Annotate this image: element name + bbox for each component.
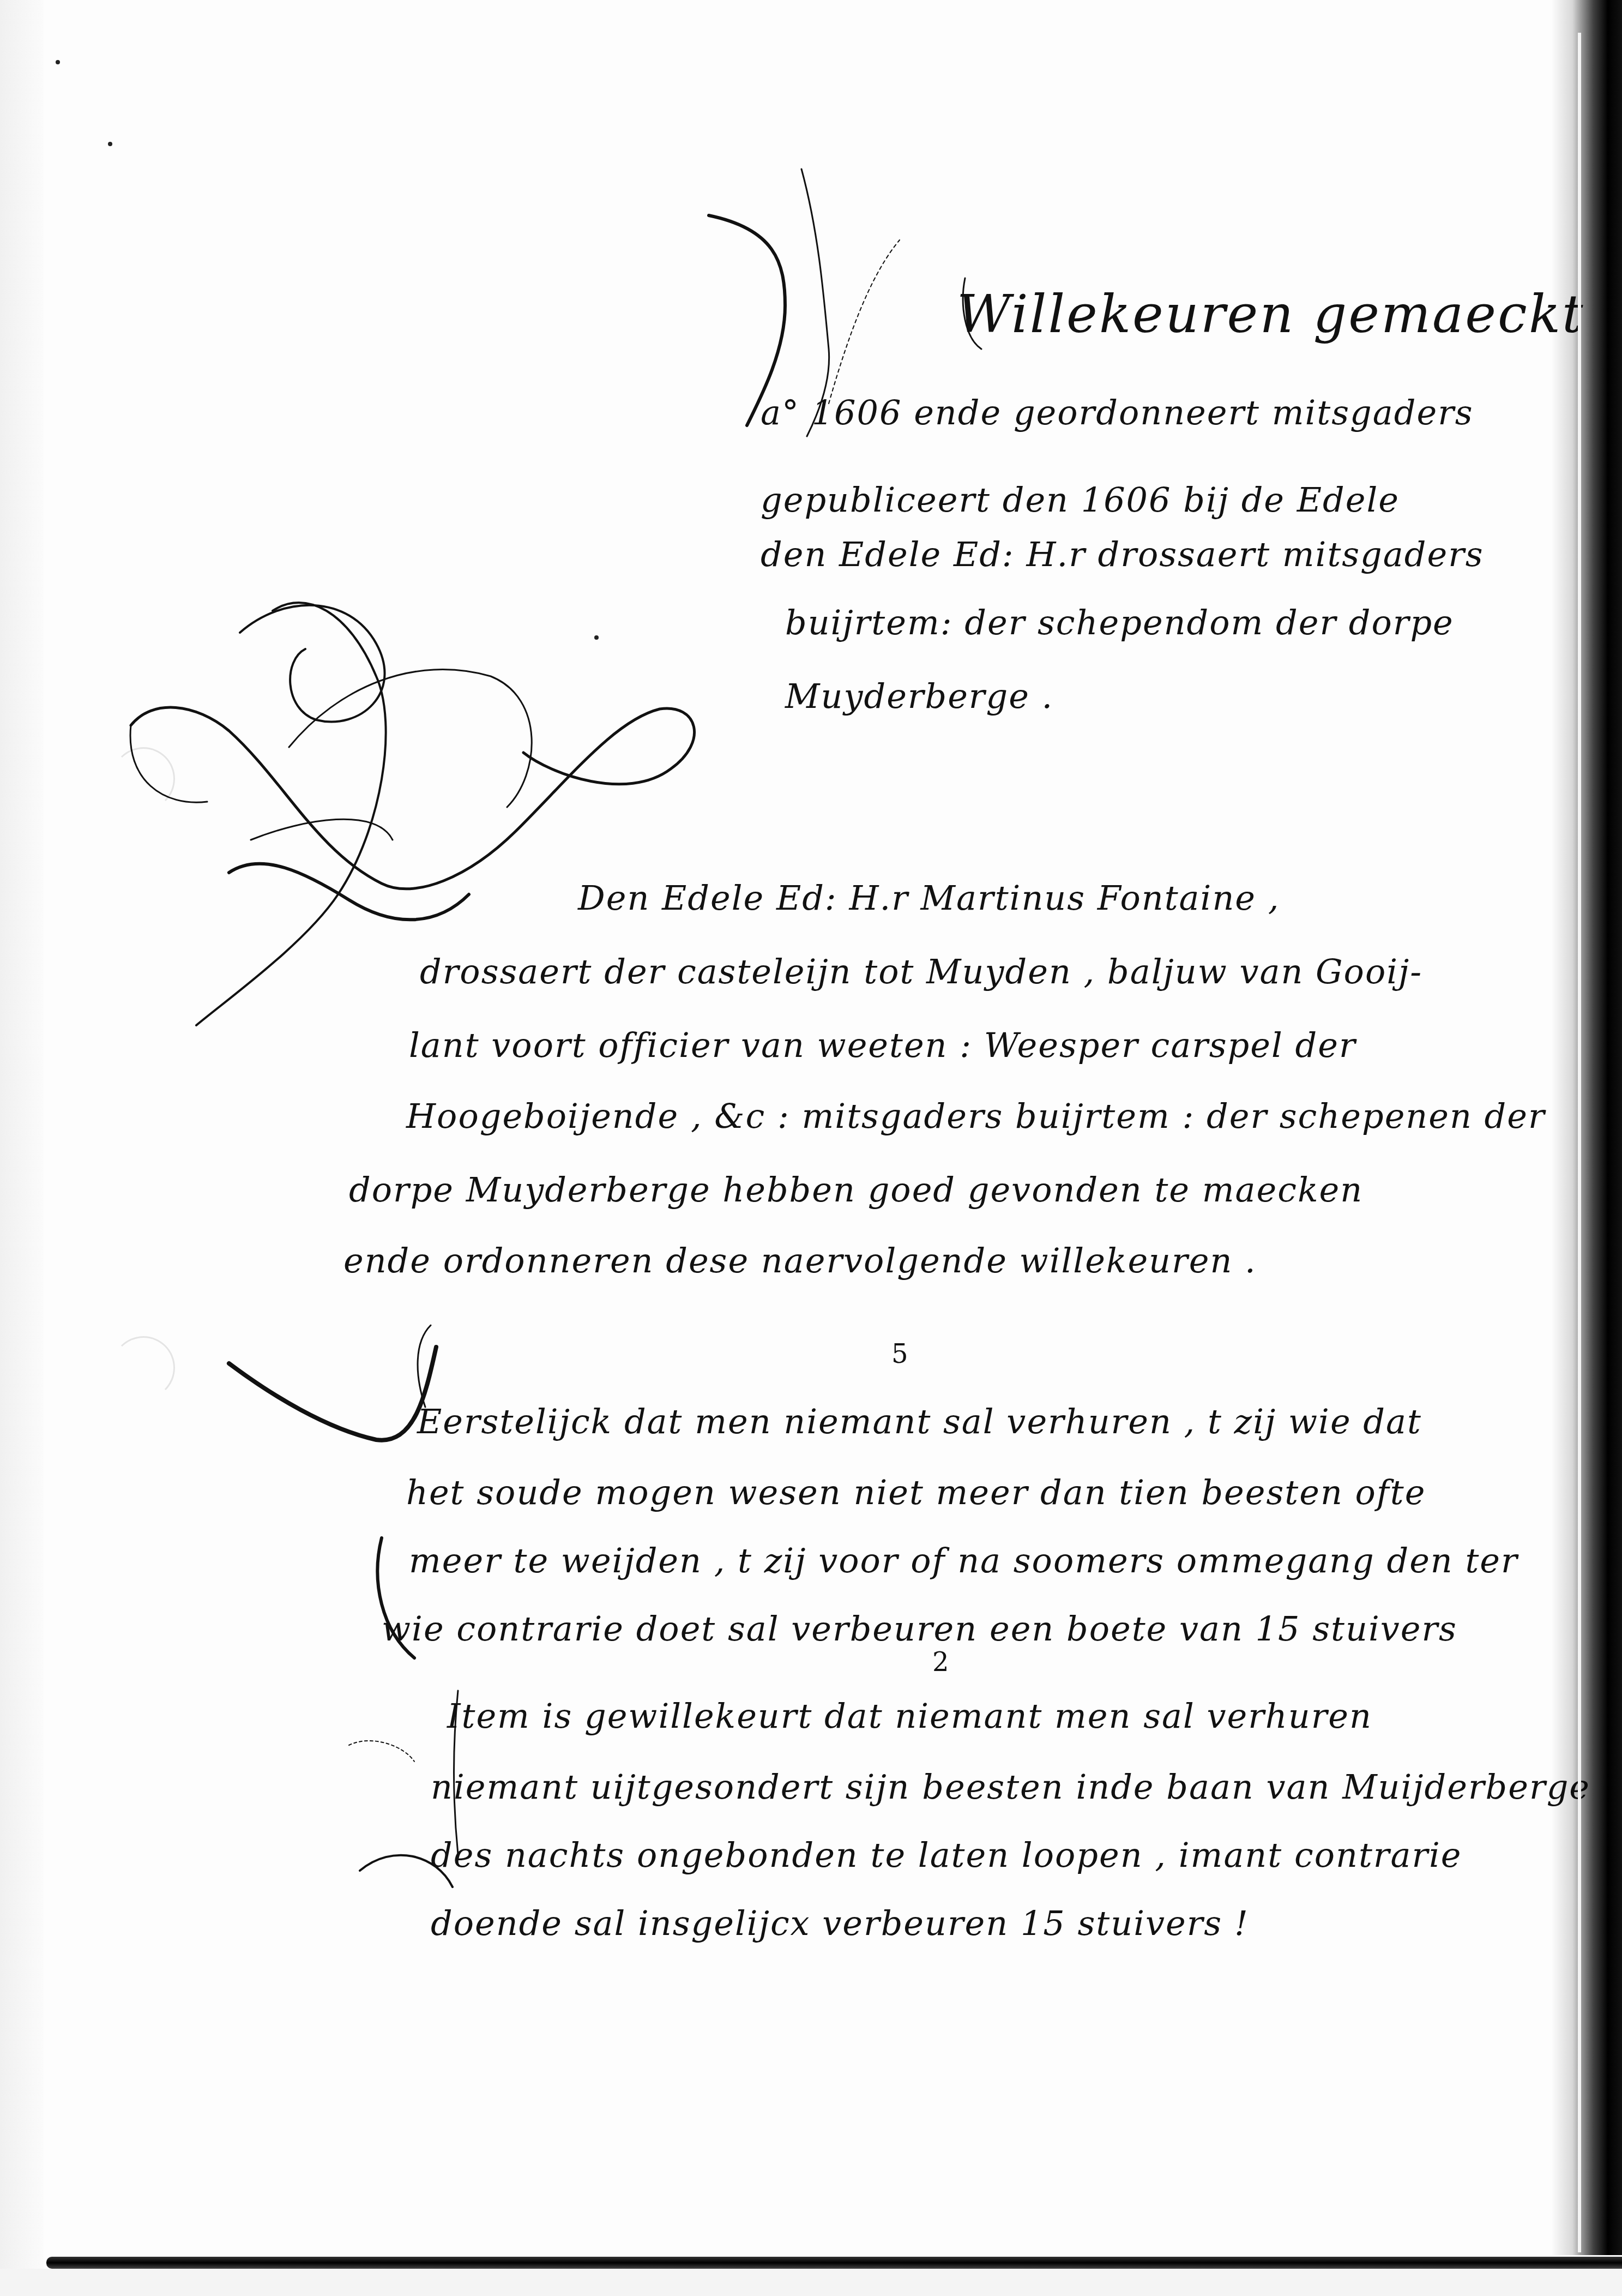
manuscript-page: Willekeuren gemaeckt a° 1606 ende geordo… — [0, 0, 1622, 2296]
heading-line-1: Willekeuren gemaeckt — [957, 284, 1585, 345]
preamble-line-4: Hoogeboijende , &c : mitsgaders buijrtem… — [406, 1096, 1546, 1136]
preamble-line-1: Den Edele Ed: H.r Martinus Fontaine , — [578, 878, 1280, 918]
preamble-line-5: dorpe Muyderberge hebben goed gevonden t… — [349, 1170, 1363, 1210]
preamble-line-6: ende ordonneren dese naervolgende willek… — [343, 1241, 1257, 1281]
article-1-line-1: Eerstelijck dat men niemant sal verhuren… — [417, 1402, 1422, 1441]
punch-hole-top — [112, 747, 175, 810]
heading-line-6: Muyderberge . — [785, 676, 1053, 716]
page-bottom-edge — [46, 2257, 1622, 2269]
page-left-edge — [0, 0, 44, 2296]
book-binding-shadow — [1551, 0, 1622, 2255]
heading-line-4: den Edele Ed: H.r drossaert mitsgaders — [761, 534, 1484, 574]
ink-speck — [108, 142, 112, 146]
scan-bottom-margin — [0, 2269, 1622, 2296]
article-2-line-3: des nachts ongebonden te laten loopen , … — [431, 1835, 1462, 1875]
article-marker: 5 — [891, 1339, 909, 1369]
ink-speck — [56, 60, 60, 64]
heading-line-3: gepubliceert den 1606 bij de Edele — [761, 480, 1400, 520]
punch-hole-bottom — [112, 1336, 175, 1399]
preamble-line-2: drossaert der casteleijn tot Muyden , ba… — [420, 952, 1422, 991]
heading-line-5: buijrtem: der schependom der dorpe — [785, 603, 1454, 642]
preamble-line-3: lant voort officier van weeten : Weesper… — [409, 1025, 1356, 1065]
article-number: 2 — [932, 1647, 950, 1678]
book-binding-edge — [1578, 33, 1581, 2252]
ink-speck — [594, 635, 599, 640]
article-2-line-2: niemant uijtgesondert sijn beesten inde … — [431, 1767, 1590, 1807]
article-2-line-4: doende sal insgelijcx verbeuren 15 stuiv… — [431, 1903, 1249, 1943]
article-2-line-1: Item is gewillekeurt dat niemant men sal… — [447, 1696, 1372, 1736]
article-1-line-3: meer te weijden , t zij voor of na soome… — [409, 1541, 1518, 1580]
article-1-line-4: wie contrarie doet sal verbeuren een boe… — [382, 1609, 1457, 1649]
article-1-line-2: het soude mogen wesen niet meer dan tien… — [406, 1472, 1426, 1512]
heading-line-2: a° 1606 ende geordonneert mitsgaders — [761, 393, 1474, 432]
